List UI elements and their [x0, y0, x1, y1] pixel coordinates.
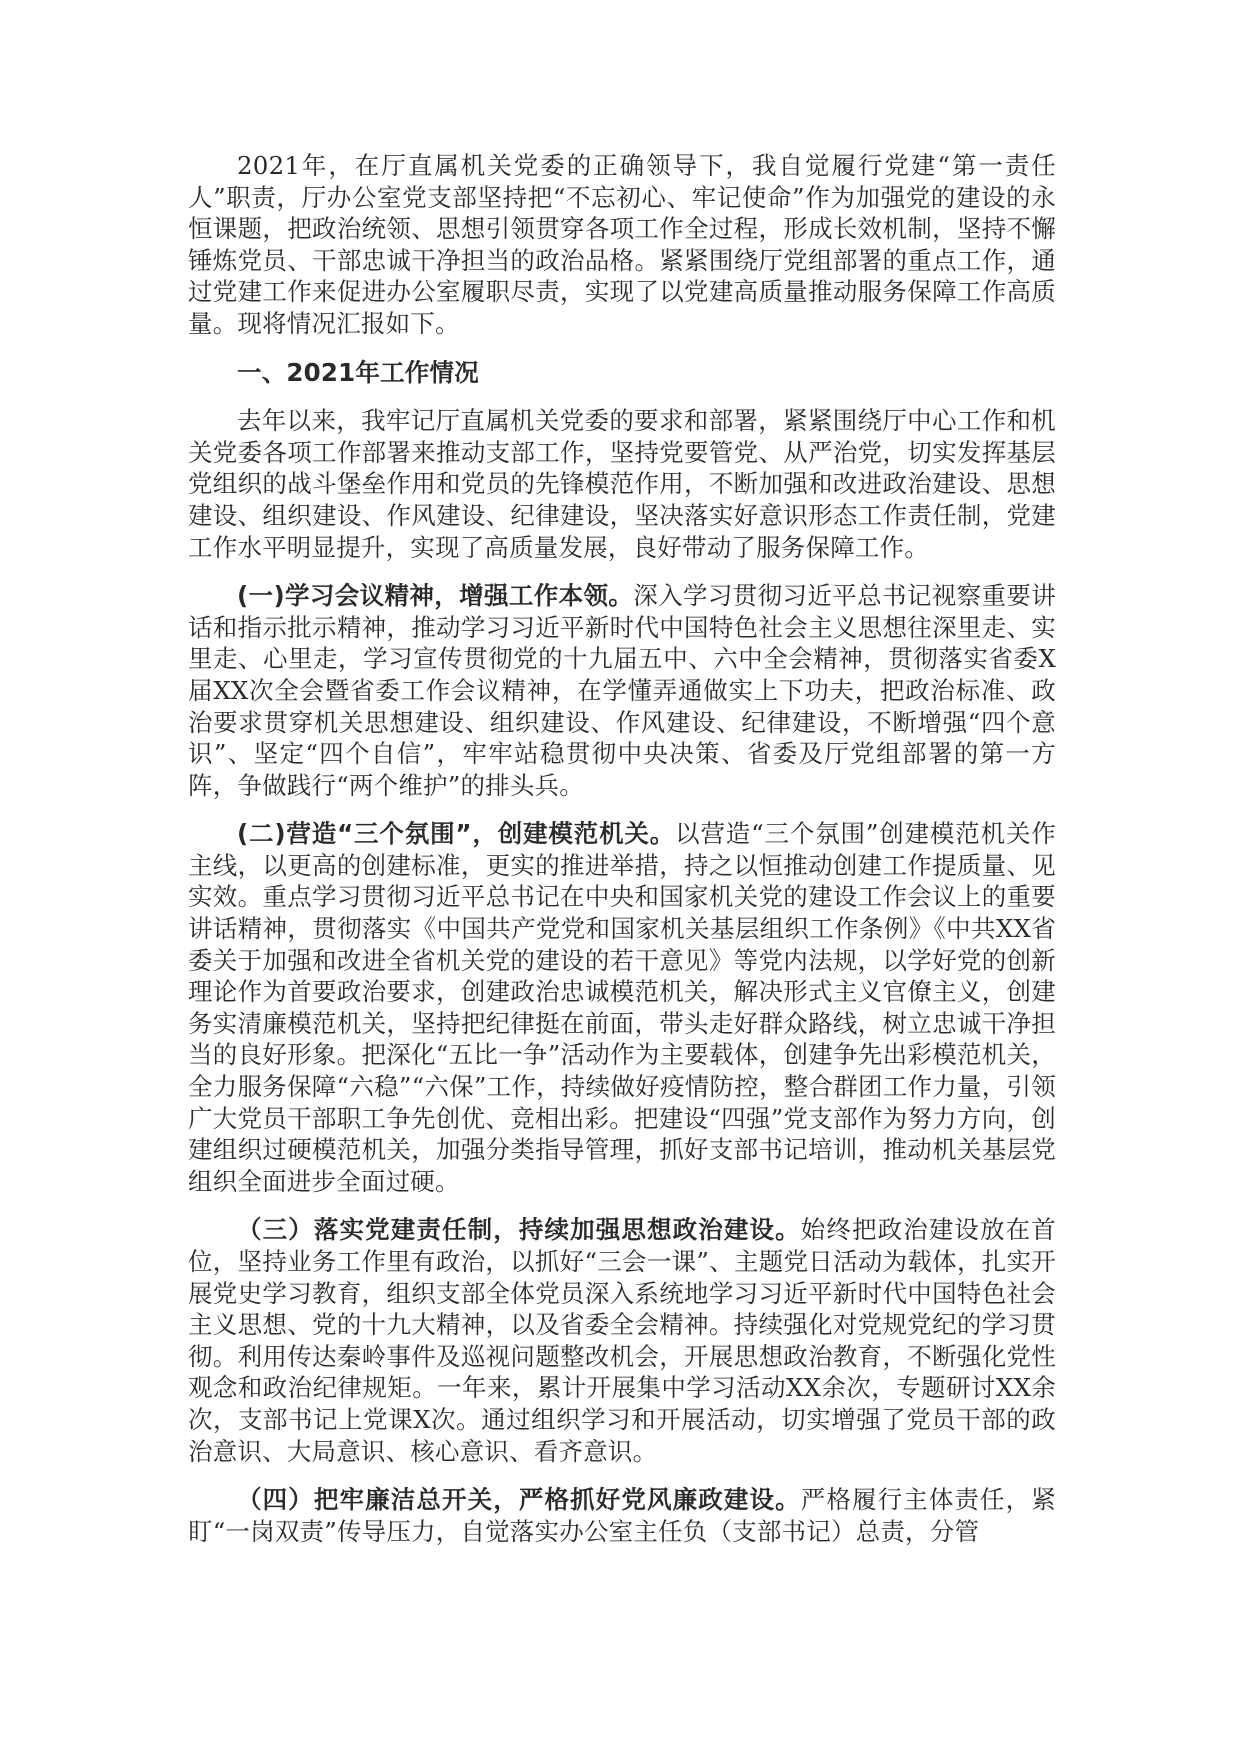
intro-paragraph: 2021年，在厅直属机关党委的正确领导下，我自觉履行党建“第一责任人”职责，厅办…: [188, 150, 1056, 340]
section-intro-paragraph: 去年以来，我牢记厅直属机关党委的要求和部署，紧紧围绕厅中心工作和机关党委各项工作…: [188, 405, 1056, 563]
item-body: 以营造“三个氛围”创建模范机关作主线，以更高的创建标准，更实的推进举措，持之以恒…: [188, 819, 1056, 1196]
item-paragraph-4: （四）把牢廉洁总开关，严格抓好党风廉政建设。严格履行主体责任，紧盯“一岗双责”传…: [188, 1484, 1056, 1547]
item-lead: (一)学习会议精神，增强工作本领。: [237, 581, 633, 610]
document-page: 2021年，在厅直属机关党委的正确领导下，我自觉履行党建“第一责任人”职责，厅办…: [188, 150, 1056, 1564]
item-lead: （四）把牢廉洁总开关，严格抓好党风廉政建设。: [237, 1485, 801, 1514]
item-paragraph-3: （三）落实党建责任制，持续加强思想政治建设。始终把政治建设放在首位，坚持业务工作…: [188, 1214, 1056, 1467]
section-heading: 一、2021年工作情况: [188, 357, 1056, 389]
item-paragraph-1: (一)学习会议精神，增强工作本领。深入学习贯彻习近平总书记视察重要讲话和指示批示…: [188, 580, 1056, 801]
item-lead: (二)营造“三个氛围”，创建模范机关。: [237, 819, 675, 848]
item-paragraph-2: (二)营造“三个氛围”，创建模范机关。以营造“三个氛围”创建模范机关作主线，以更…: [188, 818, 1056, 1197]
item-body: 始终把政治建设放在首位，坚持业务工作里有政治，以抓好“三会一课”、主题党日活动为…: [188, 1215, 1056, 1465]
item-body: 深入学习贯彻习近平总书记视察重要讲话和指示批示精神，推动学习习近平新时代中国特色…: [188, 581, 1056, 800]
item-lead: （三）落实党建责任制，持续加强思想政治建设。: [237, 1215, 801, 1244]
